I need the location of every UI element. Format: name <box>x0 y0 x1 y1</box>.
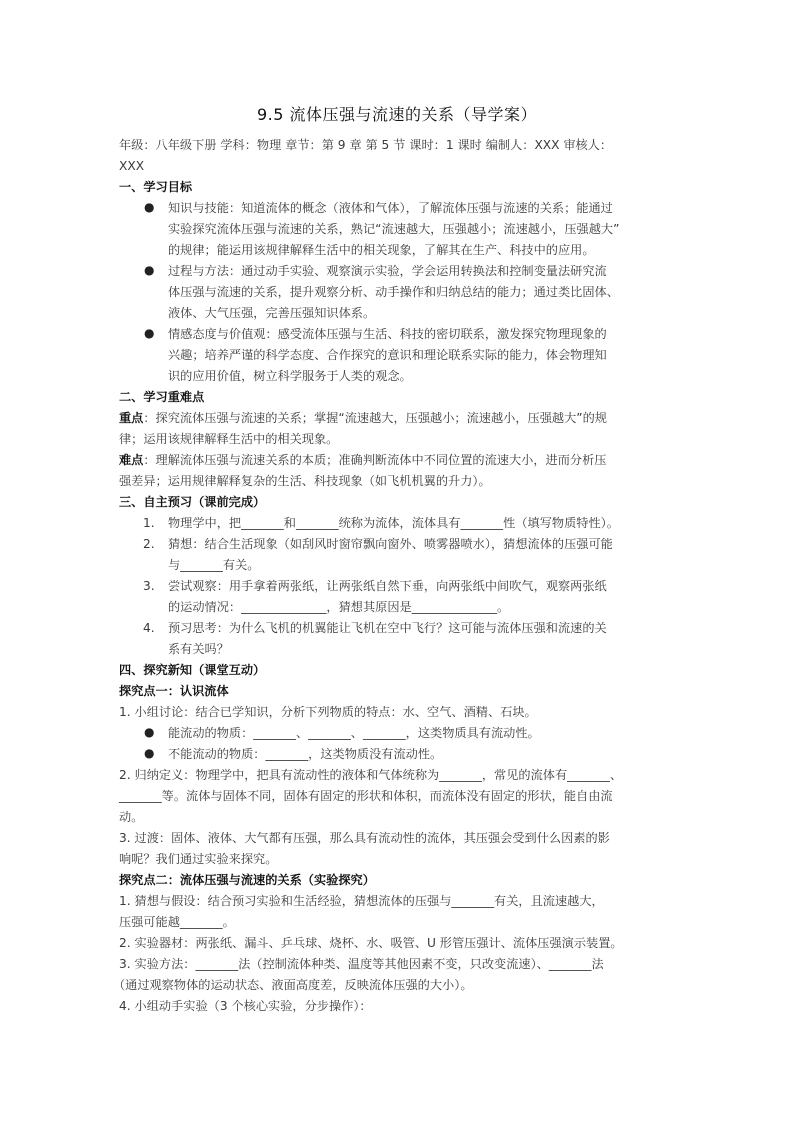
section-heading-objectives: 一、学习目标 <box>119 177 192 198</box>
item-number: 4. <box>143 618 155 639</box>
bullet-icon: ● <box>144 263 154 277</box>
point2-question-3: （通过观察物体的运动状态、液面高度差，反映流体压强的大小）。 <box>113 975 473 996</box>
point2-question-1: 1. 猜想与假设：结合预习实验和生活经验，猜想流体的压强与_______有关，且… <box>119 891 604 912</box>
bullet-icon: ● <box>144 746 154 760</box>
difficulty-text: 难点：理解流体压强与流速关系的本质；准确判断流体中不同位置的流速大小，进而分析压 <box>119 450 607 471</box>
point1-question-2: _______等。流体与固体不同，固体有固定的形状和体积，而流体没有固定的形状，… <box>119 786 613 807</box>
section-heading-preview: 三、自主预习（课前完成） <box>119 492 265 513</box>
objective-values: 识的应用价值，树立科学服务于人类的观念。 <box>168 366 412 387</box>
point1-question-3: 3. 过渡：固体、液体、大气都有压强，那么具有流动性的流体，其压强会受到什么因素… <box>119 828 610 849</box>
point2-question-3: 3. 实验方法：_______法（控制流体种类、温度等其他因素不变，只改变流速）… <box>119 954 604 975</box>
objective-values: 兴趣；培养严谨的科学态度、合作探究的意识和理论联系实际的能力，体会物理知 <box>168 345 607 366</box>
preview-item-3: 尝试观察：用手拿着两张纸，让两张纸自然下垂，向两张纸中间吹气，观察两张纸 <box>168 576 607 597</box>
point1-question-3: 响呢？我们通过实验来探究。 <box>119 849 277 870</box>
point1-question-2: 2. 归纳定义：物理学中，把具有流动性的液体和气体统称为_______，常见的流… <box>119 765 622 786</box>
key-point-text: 律；运用该规律解释生活中的相关现象。 <box>119 429 338 450</box>
point1-question-2: 动。 <box>119 807 143 828</box>
bullet-icon: ● <box>144 326 154 340</box>
preview-item-4: 预习思考：为什么飞机的机翼能让飞机在空中飞行？这可能与流体压强和流速的关 <box>168 618 607 639</box>
preview-item-2: 猜想：结合生活现象（如刮风时窗帘飘向窗外、喷雾器喷水），猜想流体的压强可能 <box>168 534 613 555</box>
objective-process: 液体、大气压强，完善压强知识体系。 <box>168 303 375 324</box>
point2-question-2: 2. 实验器材：两张纸、漏斗、乒乓球、烧杯、水、吸管、U 形管压强计、流体压强演… <box>119 933 623 954</box>
subheading-point-2: 探究点二：流体压强与流速的关系（实验探究） <box>119 870 375 891</box>
item-number: 1. <box>143 513 155 534</box>
objective-knowledge: 知识与技能：知道流体的概念（液体和气体），了解流体压强与流速的关系；能通过 <box>168 198 613 219</box>
section-heading-key-points: 二、学习重难点 <box>119 387 204 408</box>
item-number: 2. <box>143 534 155 555</box>
bullet-icon: ● <box>144 200 154 214</box>
subheading-point-1: 探究点一：认识流体 <box>119 681 229 702</box>
point1-question-1: 1. 小组讨论：结合已学知识，分析下列物质的特点：水、空气、酒精、石块。 <box>119 702 537 723</box>
key-point-text: 重点：探究流体压强与流速的关系；掌握“流速越大，压强越小；流速越小，压强越大”的… <box>119 408 607 429</box>
point2-question-4: 4. 小组动手实验（3 个核心实验，分步操作）： <box>119 996 372 1017</box>
difficulty-text: 强差异；运用规律解释复杂的生活、科技现象（如飞机机翼的升力）。 <box>119 471 491 492</box>
preview-item-3: 的运动情况：______________，猜想其原因是_____________… <box>168 597 509 618</box>
page-title: 9.5 流体压强与流速的关系（导学案） <box>119 103 675 127</box>
point2-question-1: 压强可能越_______。 <box>119 912 235 933</box>
section-heading-explore: 四、探究新知（课堂互动） <box>119 660 265 681</box>
bullet-icon: ● <box>144 725 154 739</box>
preview-item-2: 与_______有关。 <box>168 555 259 576</box>
item-number: 3. <box>143 576 155 597</box>
meta-info-cont: XXX <box>119 156 144 177</box>
objective-process: 过程与方法：通过动手实验、观察演示实验，学会运用转换法和控制变量法研究流 <box>168 261 607 282</box>
key-point-label: 重点 <box>119 411 143 425</box>
objective-process: 体压强与流速的关系，提升观察分析、动手操作和归纳总结的能力；通过类比固体、 <box>168 282 619 303</box>
difficulty-label: 难点 <box>119 453 143 467</box>
preview-item-1: 物理学中，把_______和_______统称为流体，流体具有_______性（… <box>168 513 619 534</box>
meta-info: 年级：八年级下册 学科：物理 章节：第 9 章 第 5 节 课时：1 课时 编制… <box>119 135 612 156</box>
preview-item-4: 系有关吗？ <box>168 639 229 660</box>
objective-values: 情感态度与价值观：感受流体压强与生活、科技的密切联系，激发探究物理现象的 <box>168 324 607 345</box>
objective-knowledge: 的规律；能运用该规律解释生活中的相关现象，了解其在生产、科技中的应用。 <box>168 240 595 261</box>
non-flowable-substances: 不能流动的物质：_______，这类物质没有流动性。 <box>168 744 442 765</box>
objective-knowledge: 实验探究流体压强与流速的关系，熟记“流速越大，压强越小；流速越小，压强越大” <box>168 219 619 240</box>
flowable-substances: 能流动的物质：_______、_______、_______，这类物质具有流动性… <box>168 723 540 744</box>
